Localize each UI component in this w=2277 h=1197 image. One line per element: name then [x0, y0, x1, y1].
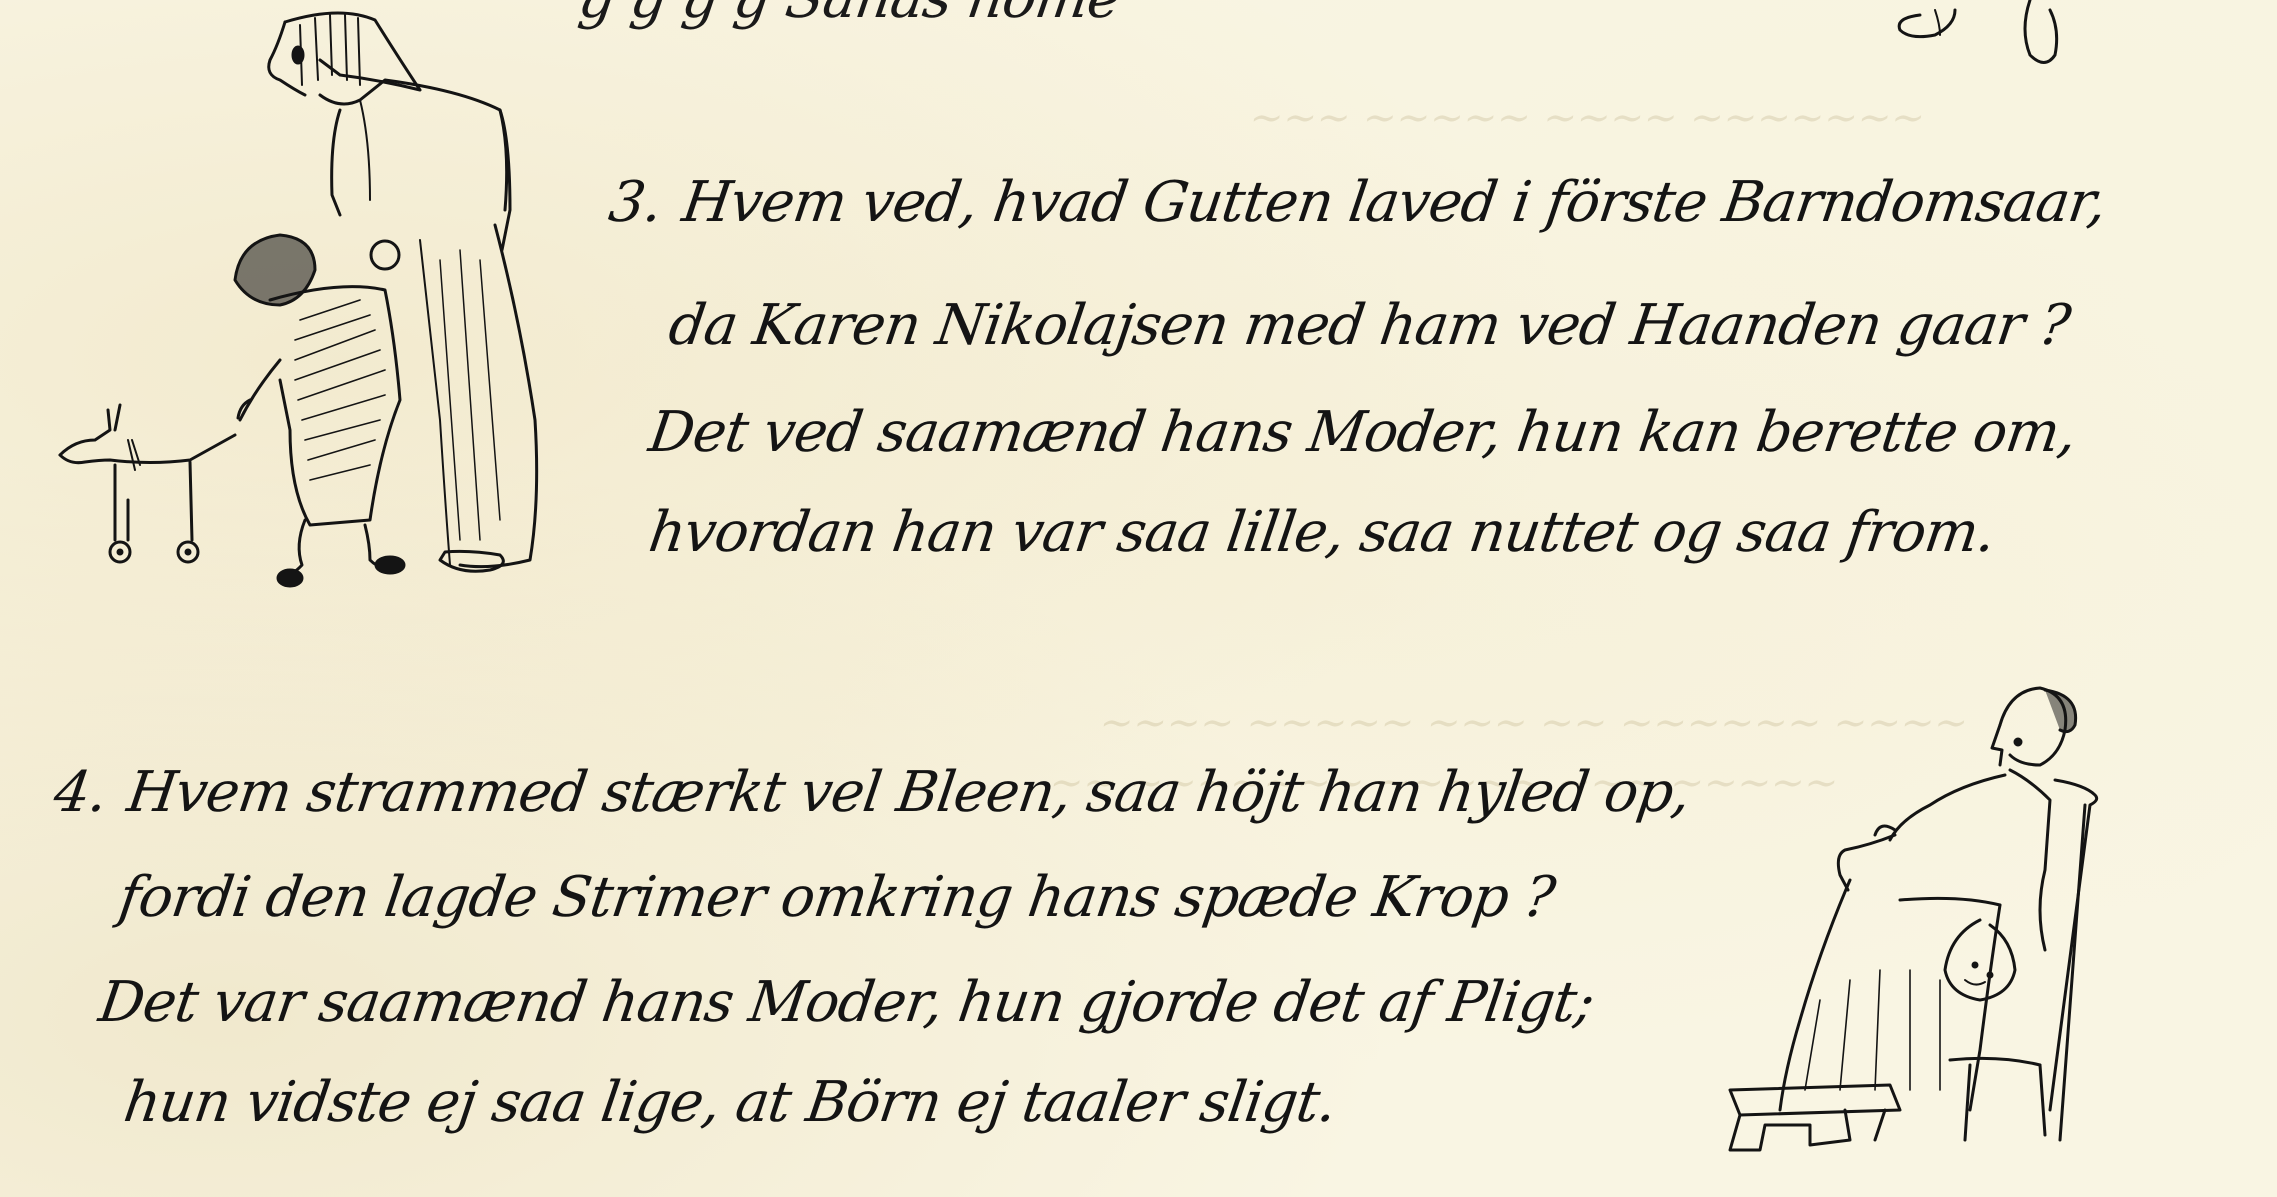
- verse-3-line-2: da Karen Nikolajsen med ham ved Haanden …: [665, 293, 2074, 358]
- verse-4-line-1: 4.Hvem strammed stærkt vel Bleen, saa hö…: [50, 760, 1694, 825]
- cropped-top-line: g g g g Sanas nome: [575, 0, 1124, 31]
- bleed-through-text: ~~~ ~~~~~ ~~~~ ~~~~~~~: [1247, 95, 1928, 141]
- verse-4-line-3: Det var saamænd hans Moder, hun gjorde d…: [95, 970, 1598, 1035]
- verse-3-line-4: hvordan han var saa lille, saa nuttet og…: [645, 500, 1999, 565]
- illustration-fragment-feet: [1880, 0, 2120, 70]
- illustration-woman-and-child: [40, 0, 560, 640]
- verse-3-line-1: 3.Hvem ved, hvad Gutten laved i förste B…: [605, 170, 2110, 235]
- verse-number: 3.: [605, 170, 666, 235]
- illustration-seated-mother: [1700, 670, 2160, 1160]
- verse-4-line-4: hun vidste ej saa lige, at Börn ej taale…: [120, 1070, 1340, 1135]
- verse-4-line-2: fordi den lagde Strimer omkring hans spæ…: [115, 865, 1558, 930]
- verse-3-line-3: Det ved saamænd hans Moder, hun kan bere…: [645, 400, 2080, 465]
- manuscript-page: ~~~ ~~~~~ ~~~~ ~~~~~~~ ~~~~ ~~~~~ ~~~ ~~…: [0, 0, 2277, 1197]
- verse-number: 4.: [50, 760, 111, 825]
